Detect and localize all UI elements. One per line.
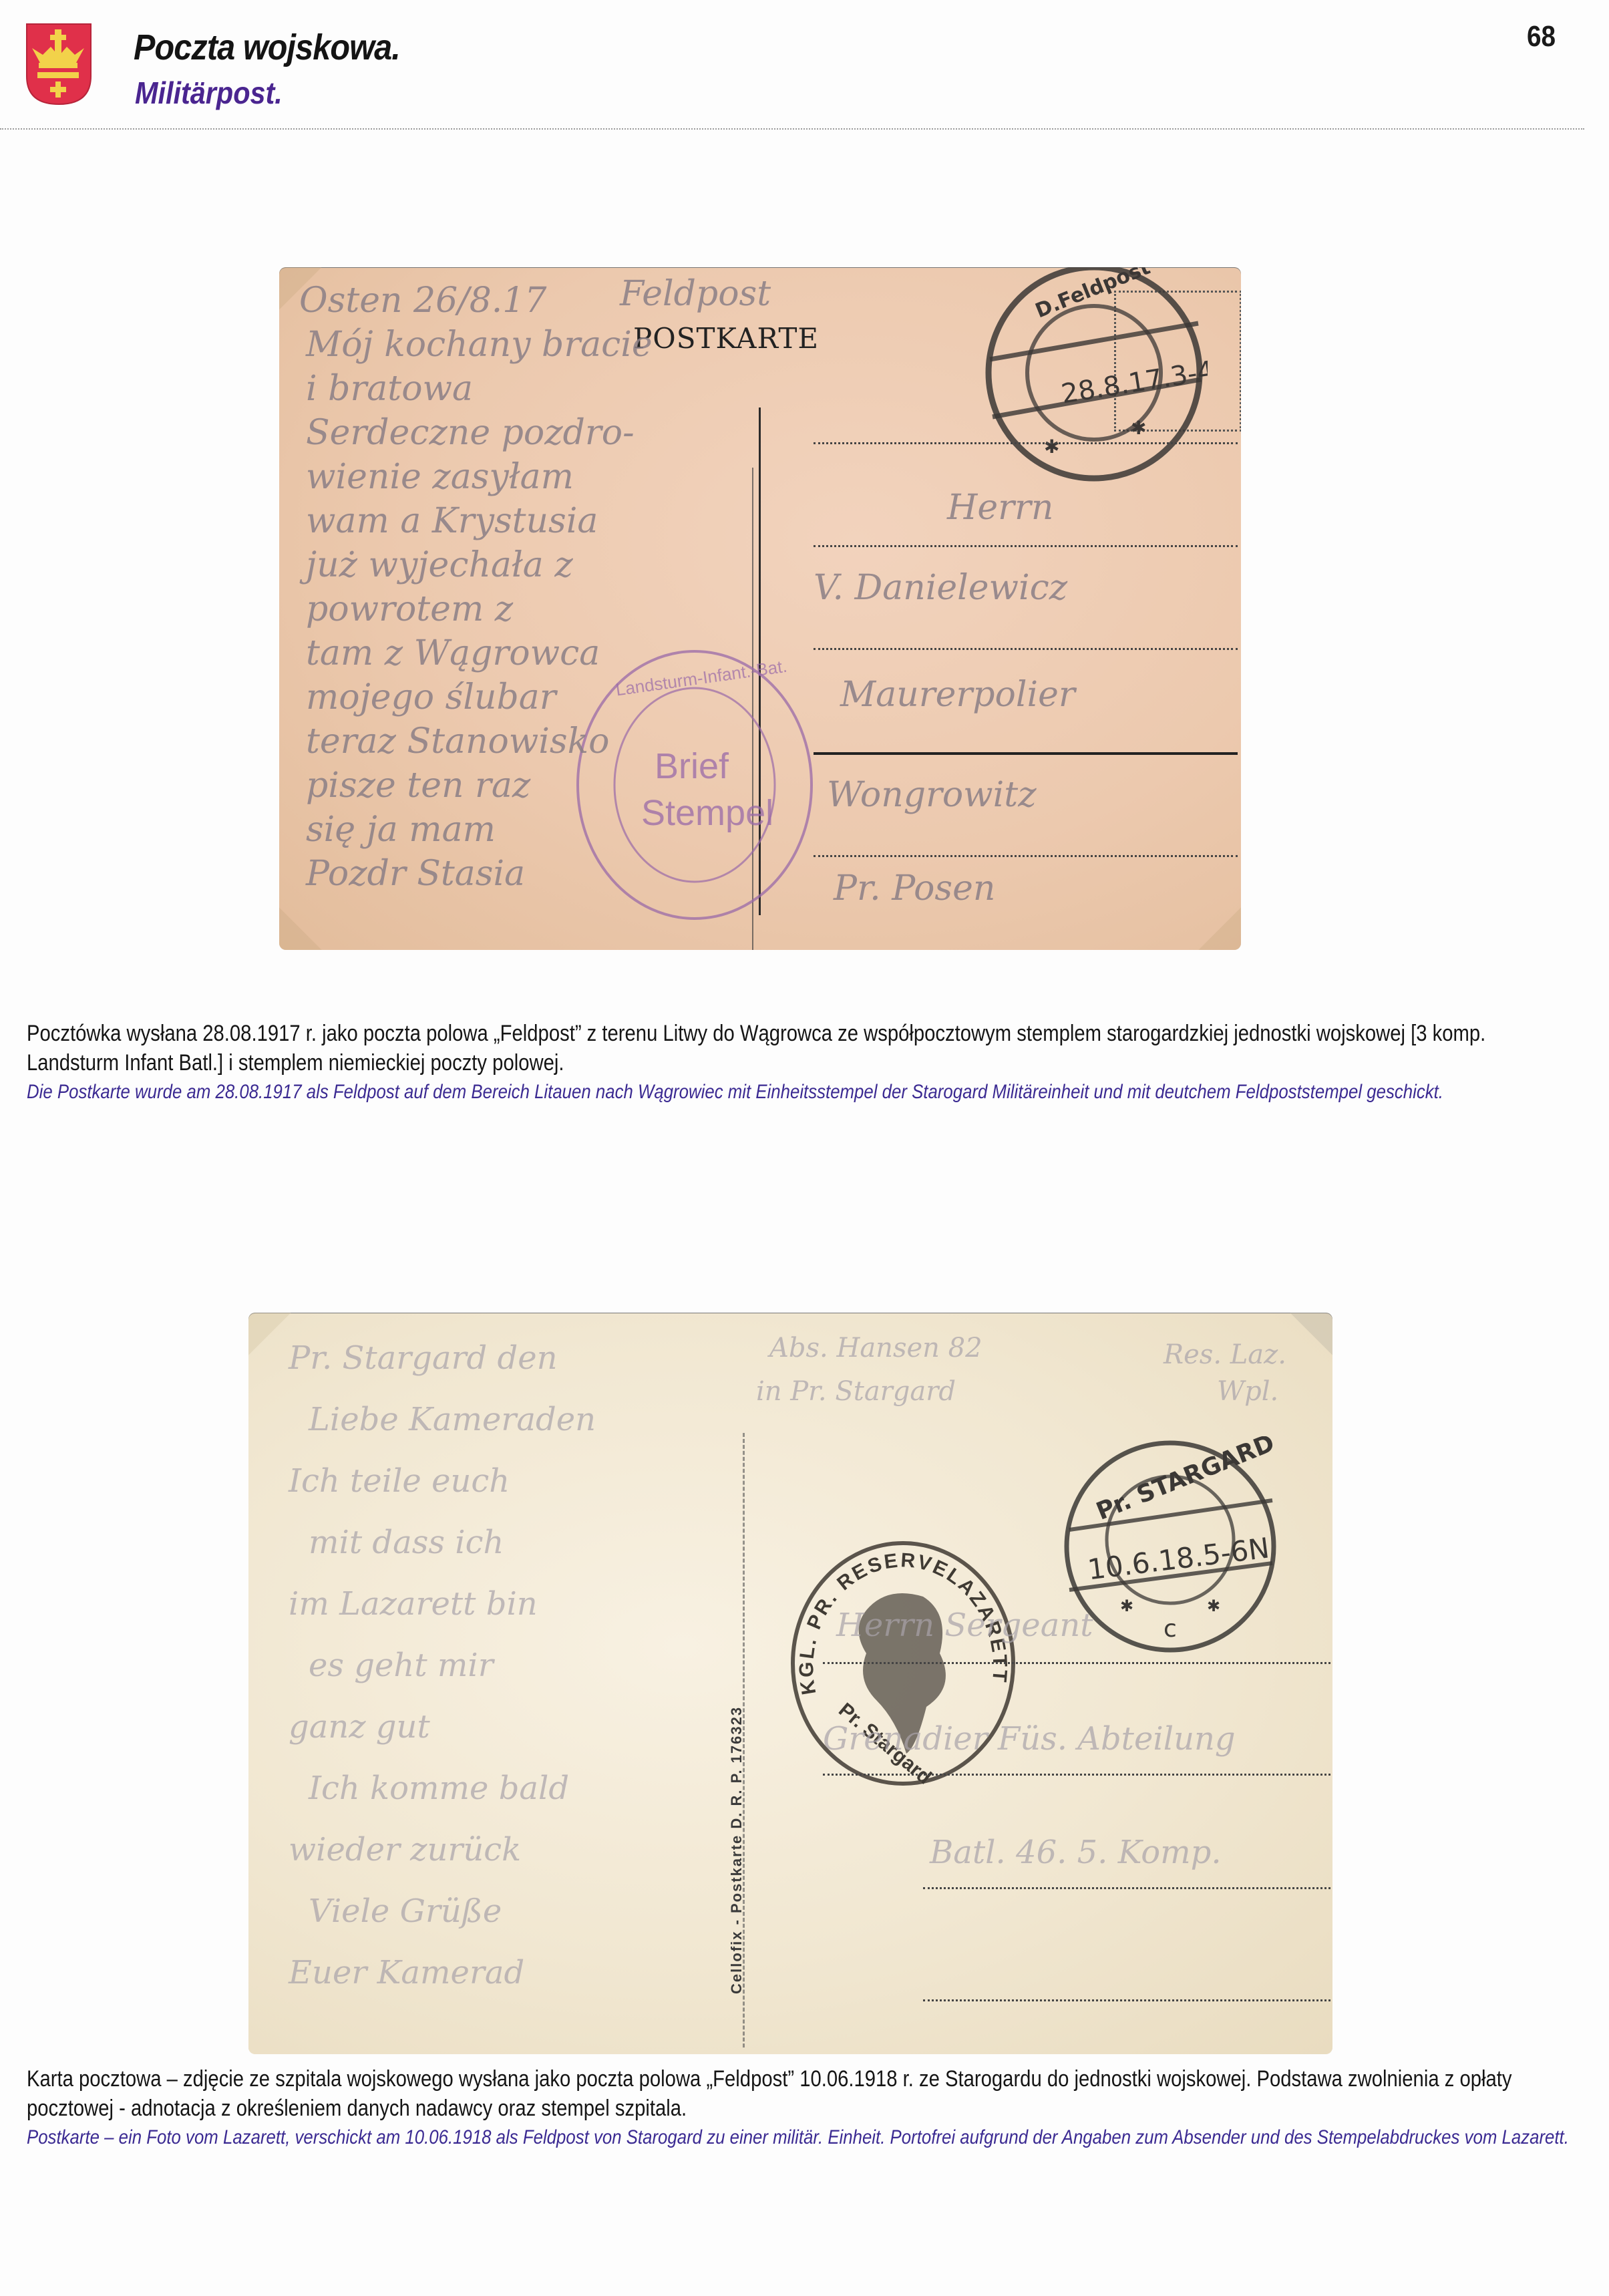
handwritten-line: Viele Grüße [309,1893,502,1930]
postcard-image-2: Cellofix - Postkarte D. R. P. 176323 KGL… [248,1313,1332,2054]
handwritten-line: tam z Wągrowca [306,633,600,673]
svg-text:✱: ✱ [1120,1597,1133,1615]
handwritten-line: i bratowa [306,369,473,409]
handwritten-line: im Lazarett bin [289,1585,538,1623]
svg-text:✱: ✱ [1131,418,1146,438]
handwritten-line: powrotem z [306,589,513,629]
caption-polish-2: Karta pocztowa – zdjęcie ze szpitala woj… [27,2064,1572,2123]
handwritten-line: Maurerpolier [840,675,1075,715]
svg-text:Landsturm-Infant.-Bat.: Landsturm-Infant.-Bat. [614,656,788,700]
handwritten-line: Mój kochany bracie [306,325,653,365]
handwritten-line: Wpl. [1217,1376,1278,1407]
address-line [923,1887,1330,1889]
handwritten-line: Serdeczne pozdro- [306,413,635,453]
handwritten-line: Liebe Kameraden [309,1401,596,1438]
page-subtitle: Militärpost. [135,75,283,111]
caption-german-2: Postkarte – ein Foto vom Lazarett, versc… [27,2125,1572,2150]
handwritten-line: Euer Kamerad [289,1954,524,1991]
address-line [814,752,1238,755]
handwritten-line: Abs. Hansen 82 [769,1333,982,1363]
handwritten-line: Pr. Posen [834,868,995,909]
postcard-image-1: POSTKARTE 28.8.17.3-4 N D.Feldpost ✱ ✱ B… [279,267,1241,950]
handwritten-line: Grenadier Füs. Abteilung [823,1720,1236,1758]
page-title: Poczta wojskowa. [134,27,400,68]
handwritten-line: es geht mir [309,1647,494,1684]
handwritten-line: Batl. 46. 5. Komp. [930,1834,1222,1871]
svg-text:28.8.17.3-4 N: 28.8.17.3-4 N [1059,351,1208,409]
handwritten-line: wam a Krystusia [306,501,598,541]
handwritten-line: Herrn [947,488,1053,528]
handwritten-line: Pozdr Stasia [306,854,525,894]
svg-text:Stempel: Stempel [641,793,773,833]
feldpost-postmark: 28.8.17.3-4 N D.Feldpost ✱ ✱ [980,267,1208,486]
address-line [923,1999,1330,2001]
svg-text:c: c [1164,1615,1177,1643]
address-line [823,1774,1330,1776]
handwritten-line: Ich komme bald [309,1770,569,1807]
handwritten-line: ganz gut [289,1708,430,1746]
handwritten-line: Osten 26/8.17 [299,281,546,321]
handwritten-line: Ich teile euch [289,1462,510,1500]
svg-text:Brief: Brief [655,746,729,786]
handwritten-line: już wyjechała z [306,545,573,585]
svg-text:10.6.18.5-6N: 10.6.18.5-6N [1086,1531,1272,1586]
header-divider [0,128,1584,130]
caption-polish-1: Pocztówka wysłana 28.08.1917 r. jako poc… [27,1019,1572,1078]
svg-text:✱: ✱ [1044,436,1059,457]
handwritten-line: V. Danielewicz [814,568,1067,608]
handwritten-line: teraz Stanowisko [306,721,609,762]
handwritten-line: in Pr. Stargard [756,1376,956,1407]
address-line [814,442,1238,444]
handwritten-line: Feldpost [620,274,771,314]
handwritten-line: mojego ślubar [306,677,556,717]
handwritten-line: mit dass ich [309,1524,504,1561]
printed-postkarte-title: POSTKARTE [633,322,819,355]
address-line [814,855,1238,857]
address-line [823,1662,1330,1664]
svg-text:✱: ✱ [1207,1597,1220,1615]
caption-german-1: Die Postkarte wurde am 28.08.1917 als Fe… [27,1080,1572,1105]
coat-of-arms-crown-icon [25,23,92,106]
handwritten-line: Wongrowitz [827,775,1037,815]
handwritten-line: Herrn Sergeant [836,1607,1093,1644]
address-line [814,545,1238,547]
unit-cachet-stamp: Brief Stempel Landsturm-Infant.-Bat. [568,635,822,929]
handwritten-line: wienie zasyłam [306,457,574,497]
handwritten-line: się ja mam [306,810,496,850]
handwritten-line: pisze ten raz [306,766,530,806]
address-line [814,648,1238,650]
handwritten-line: Pr. Stargard den [289,1339,558,1377]
page-number: 68 [1527,20,1556,53]
handwritten-line: wieder zurück [289,1831,521,1868]
handwritten-line: Res. Laz. [1164,1339,1286,1370]
